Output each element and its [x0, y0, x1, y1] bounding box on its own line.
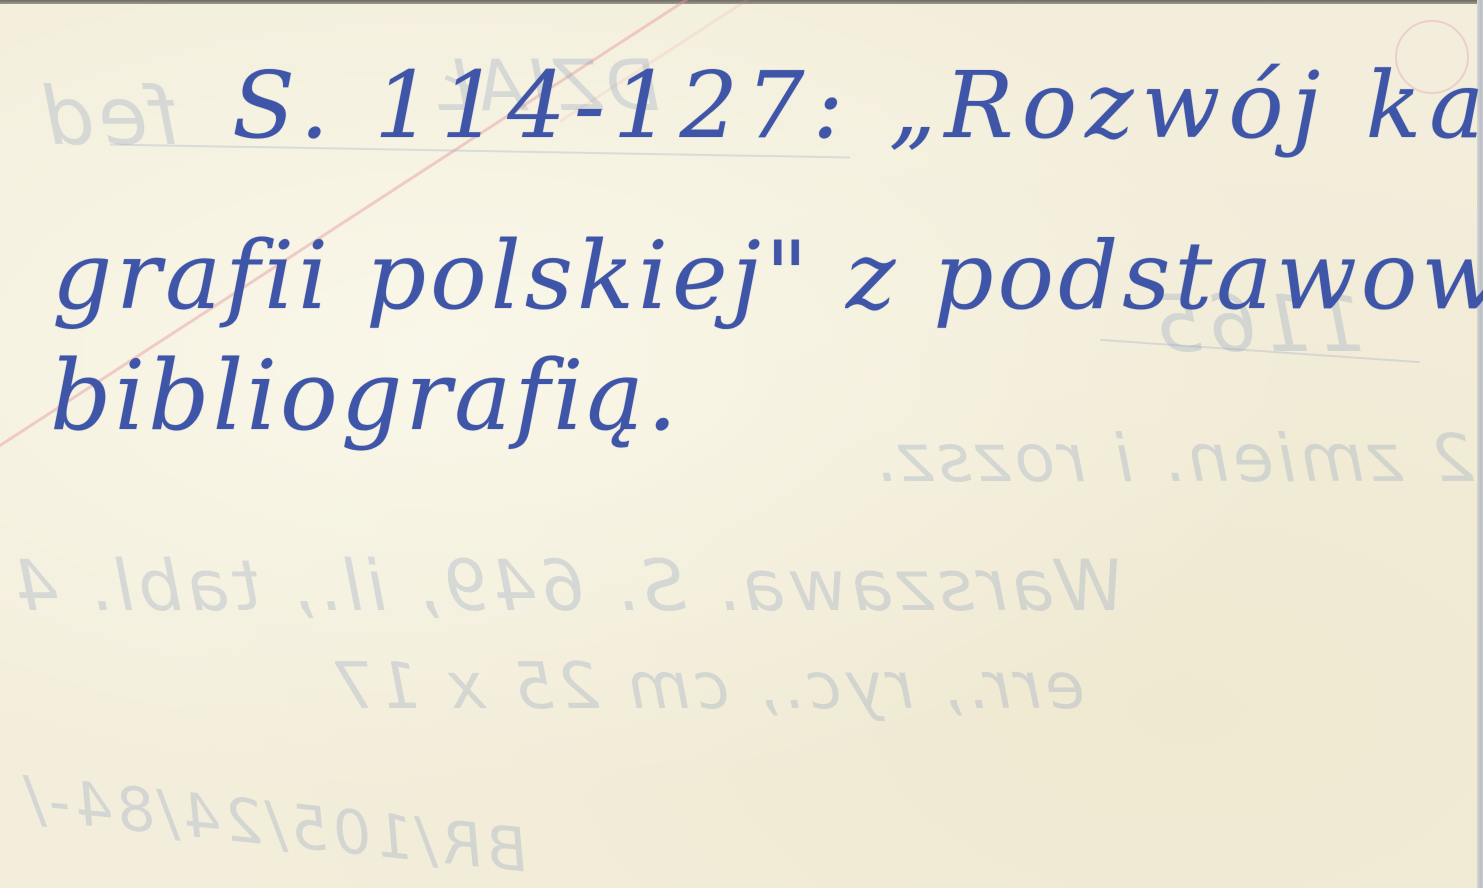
bleed-text-right-2: Wyd. 2 zmien. i rozsz.: [870, 420, 1483, 497]
handwritten-line-1: S. 114-127: „Rozwój karto-: [232, 52, 1483, 159]
bleed-text-top-left: fed: [40, 70, 180, 163]
catalog-card: fed DZIAŁ 1165 Wyd. 2 zmien. i rozsz. Wa…: [0, 0, 1483, 888]
handwritten-line-3: bibliografią.: [50, 340, 680, 452]
handwritten-line-2: grafii polskiej" z podstawową: [52, 222, 1483, 331]
bleed-text-right-3: Warszawa. S. 649, il., tabl. 4: [10, 545, 1124, 627]
bleed-text-bottom-left: BR/105/24/84-/: [18, 764, 531, 887]
bleed-text-right-4: err., ryc., cm 25 x 17: [330, 650, 1085, 724]
